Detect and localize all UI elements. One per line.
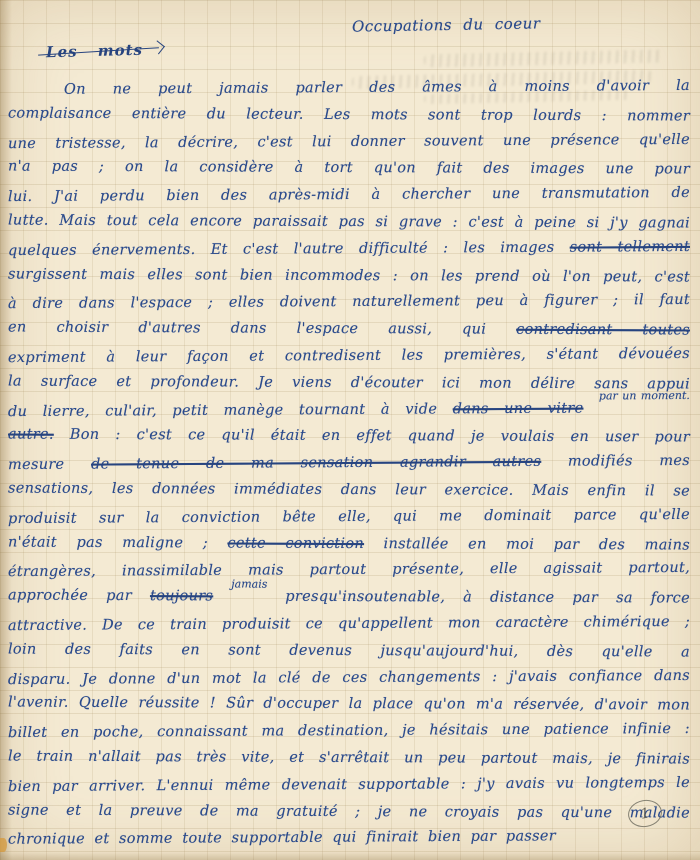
manuscript-line: bien par arriver. L'ennui même devenait … xyxy=(8,773,690,801)
handwritten-text: attractive. De ce train produisit ce qu'… xyxy=(8,614,690,634)
manuscript-line: n'était pas maligne ; cette conviction i… xyxy=(8,532,690,559)
handwritten-text: sensations, les données immédiates dans … xyxy=(8,481,690,500)
handwritten-text: complaisance entière du lecteur. Les mot… xyxy=(8,105,690,124)
handwritten-text: Bon : c'est ce qu'il était en effet quan… xyxy=(70,427,690,446)
manuscript-line: On ne peut jamais parler des âmes à moin… xyxy=(8,76,690,104)
manuscript-line: chronique et somme toute supportable qui… xyxy=(8,827,556,854)
manuscript-line: surgissent mais elles sont bien incommod… xyxy=(8,264,690,291)
manuscript-line: du lierre, cul'air, petit manège tournan… xyxy=(8,398,690,426)
manuscript-line: complaisance entière du lecteur. Les mot… xyxy=(8,103,690,130)
manuscript-lines: On ne peut jamais parler des âmes à moin… xyxy=(0,0,700,860)
handwritten-text: signe et la preuve de ma gratuité ; je n… xyxy=(8,802,690,821)
struck-text: toujours xyxy=(150,588,213,604)
handwritten-text: n'était pas maligne ; xyxy=(8,534,208,551)
handwritten-text: en choisir d'autres dans l'espace aussi,… xyxy=(8,320,486,338)
handwritten-text: une tristesse, la décrire, c'est lui don… xyxy=(8,132,690,152)
handwritten-text: lui. J'ai perdu bien des après-midi à ch… xyxy=(8,185,690,205)
inserted-above-text: par un moment. xyxy=(599,386,690,407)
handwritten-text: lutte. Mais tout cela encore paraissait … xyxy=(8,213,690,232)
manuscript-line: loin des faits en sont devenus jusqu'auj… xyxy=(8,639,690,666)
manuscript-line: expriment à leur façon et contredisent l… xyxy=(8,344,690,372)
handwritten-text: billet en poche, connaissant ma destinat… xyxy=(8,721,690,741)
handwritten-text: expriment à leur façon et contredisent l… xyxy=(8,346,690,366)
struck-text: de tenue de ma sensation agrandir autres xyxy=(91,454,541,473)
manuscript-line: lui. J'ai perdu bien des après-midi à ch… xyxy=(8,183,690,211)
manuscript-line: approchée par toujours jamais presqu'ins… xyxy=(8,586,690,613)
struck-text: sont tellement xyxy=(570,239,690,256)
handwritten-text: loin des faits en sont devenus jusqu'auj… xyxy=(8,641,690,660)
handwritten-text: surgissent mais elles sont bien incommod… xyxy=(8,266,690,285)
manuscript-line: disparu. Je donne d'un mot la clé de ces… xyxy=(8,666,690,694)
manuscript-line: billet en poche, connaissant ma destinat… xyxy=(8,719,690,747)
struck-text: dans une vitre xyxy=(453,400,584,417)
handwritten-text: chronique et somme toute supportable qui… xyxy=(8,829,556,848)
handwritten-text: l'avenir. Quelle réussite ! Sûr d'occupe… xyxy=(8,695,690,714)
manuscript-line: mesure de tenue de ma sensation agrandir… xyxy=(8,451,690,479)
manuscript-line: à dire dans l'espace ; elles doivent nat… xyxy=(8,290,690,318)
manuscript-line: lutte. Mais tout cela encore paraissait … xyxy=(8,211,690,238)
manuscript-line: l'avenir. Quelle réussite ! Sûr d'occupe… xyxy=(8,693,690,720)
manuscript-page: Occupations du coeur Les mots On ne peut… xyxy=(0,0,700,860)
inserted-above-text: jamais xyxy=(231,575,267,595)
handwritten-text: produisit sur la conviction bête elle, q… xyxy=(8,507,690,527)
manuscript-line: attractive. De ce train produisit ce qu'… xyxy=(8,612,690,640)
manuscript-line: la surface et profondeur. Je viens d'éco… xyxy=(8,371,690,398)
manuscript-line: produisit sur la conviction bête elle, q… xyxy=(8,505,690,533)
manuscript-line: quelques énervements. Et c'est l'autre d… xyxy=(8,237,690,265)
manuscript-line: étrangères, inassimilable mais partout p… xyxy=(8,558,690,586)
handwritten-text: quelques énervements. Et c'est l'autre d… xyxy=(8,240,555,259)
handwritten-text: approchée par xyxy=(8,588,132,605)
handwritten-text: le train n'allait pas très vite, et s'ar… xyxy=(8,749,690,768)
handwritten-text: presqu'insoutenable, à distance par sa f… xyxy=(285,589,690,607)
handwritten-text: modifiés mes xyxy=(568,453,690,470)
manuscript-line: autre. Bon : c'est ce qu'il était en eff… xyxy=(8,425,690,452)
handwritten-text: mesure xyxy=(8,457,65,473)
handwritten-text: On ne peut jamais parler des âmes à moin… xyxy=(64,78,690,98)
manuscript-line: sensations, les données immédiates dans … xyxy=(8,479,690,506)
struck-text: autre. xyxy=(8,427,54,443)
struck-text: cette conviction xyxy=(227,535,364,552)
handwritten-text: installée en moi par des mains xyxy=(384,536,690,553)
page-number-text: 1 xyxy=(639,805,651,822)
handwritten-text: n'a pas ; on la considère à tort qu'on f… xyxy=(8,159,690,178)
handwritten-text: étrangères, inassimilable mais partout p… xyxy=(8,560,690,580)
struck-text: contredisant toutes xyxy=(516,322,690,339)
manuscript-line: n'a pas ; on la considère à tort qu'on f… xyxy=(8,157,690,184)
handwritten-text: à dire dans l'espace ; elles doivent nat… xyxy=(8,292,690,312)
handwritten-text: du lierre, cul'air, petit manège tournan… xyxy=(8,401,437,420)
manuscript-line: le train n'allait pas très vite, et s'ar… xyxy=(8,747,690,774)
manuscript-line: signe et la preuve de ma gratuité ; je n… xyxy=(8,800,690,827)
handwritten-text: la surface et profondeur. Je viens d'éco… xyxy=(8,373,690,392)
manuscript-line: une tristesse, la décrire, c'est lui don… xyxy=(8,130,690,158)
manuscript-line: en choisir d'autres dans l'espace aussi,… xyxy=(8,318,690,345)
handwritten-text: bien par arriver. L'ennui même devenait … xyxy=(8,775,690,795)
handwritten-text: disparu. Je donne d'un mot la clé de ces… xyxy=(8,668,690,688)
